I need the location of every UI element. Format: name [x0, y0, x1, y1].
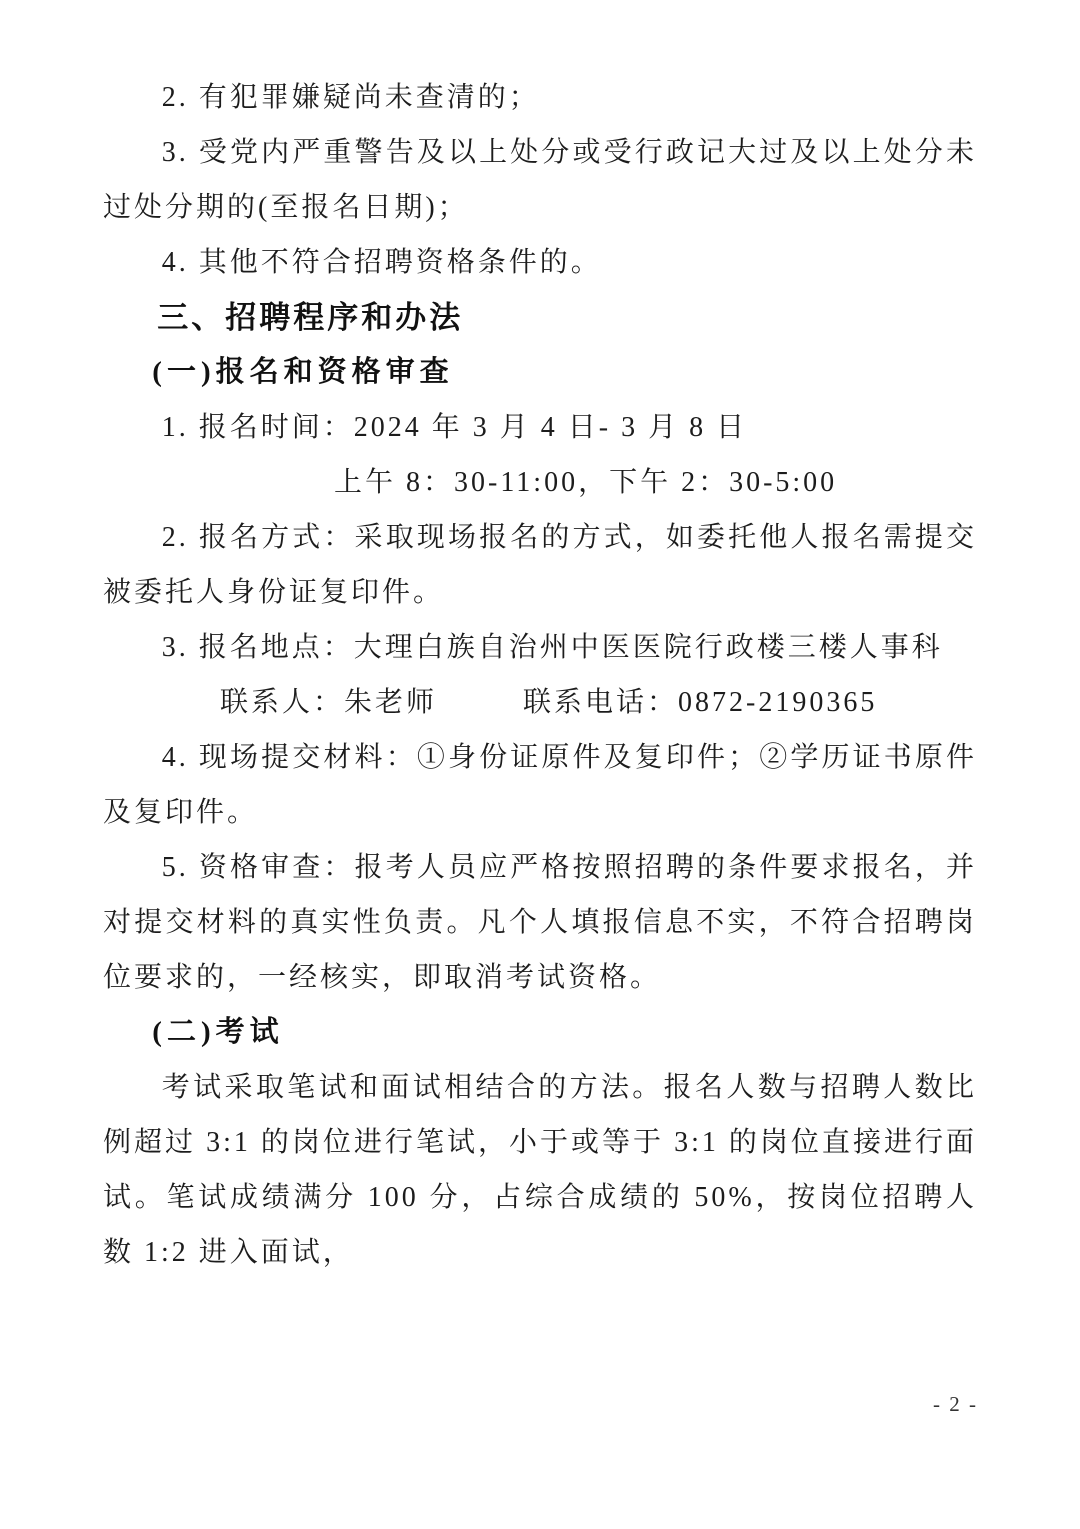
section-heading-recruitment-procedure: 三、招聘程序和办法 [103, 290, 977, 345]
registration-method: 2. 报名方式：采取现场报名的方式，如委托他人报名需提交被委托人身份证复印件。 [103, 510, 977, 620]
registration-time: 1. 报名时间：2024 年 3 月 4 日- 3 月 8 日 [103, 400, 977, 455]
exam-method: 考试采取笔试和面试相结合的方法。报名人数与招聘人数比例超过 3:1 的岗位进行笔… [103, 1060, 977, 1280]
materials-to-submit: 4. 现场提交材料：①身份证原件及复印件；②学历证书原件及复印件。 [103, 730, 977, 840]
clause-disciplinary-punishment: 3. 受党内严重警告及以上处分或受行政记大过及以上处分未过处分期的(至报名日期)… [103, 125, 977, 235]
clause-other-ineligible: 4. 其他不符合招聘资格条件的。 [103, 235, 977, 290]
contact-person: 联系人：朱老师 [220, 687, 437, 718]
qualification-review: 5. 资格审查：报考人员应严格按照招聘的条件要求报名，并对提交材料的真实性负责。… [103, 840, 977, 1005]
contact-line: 联系人：朱老师联系电话：0872-2190365 [103, 675, 977, 730]
registration-hours: 上午 8：30-11:00，下午 2：30-5:00 [103, 455, 977, 510]
document-body: 2. 有犯罪嫌疑尚未查清的； 3. 受党内严重警告及以上处分或受行政记大过及以上… [103, 70, 977, 1280]
subsection-heading-registration-review: (一)报名和资格审查 [103, 345, 977, 400]
clause-criminal-suspicion: 2. 有犯罪嫌疑尚未查清的； [103, 70, 977, 125]
registration-place: 3. 报名地点：大理白族自治州中医医院行政楼三楼人事科 [103, 620, 977, 675]
document-page: 2. 有犯罪嫌疑尚未查清的； 3. 受党内严重警告及以上处分或受行政记大过及以上… [0, 0, 1080, 1529]
page-number: - 2 - [933, 1392, 978, 1417]
subsection-heading-exam: (二)考试 [103, 1005, 977, 1060]
contact-phone: 联系电话：0872-2190365 [523, 687, 877, 718]
